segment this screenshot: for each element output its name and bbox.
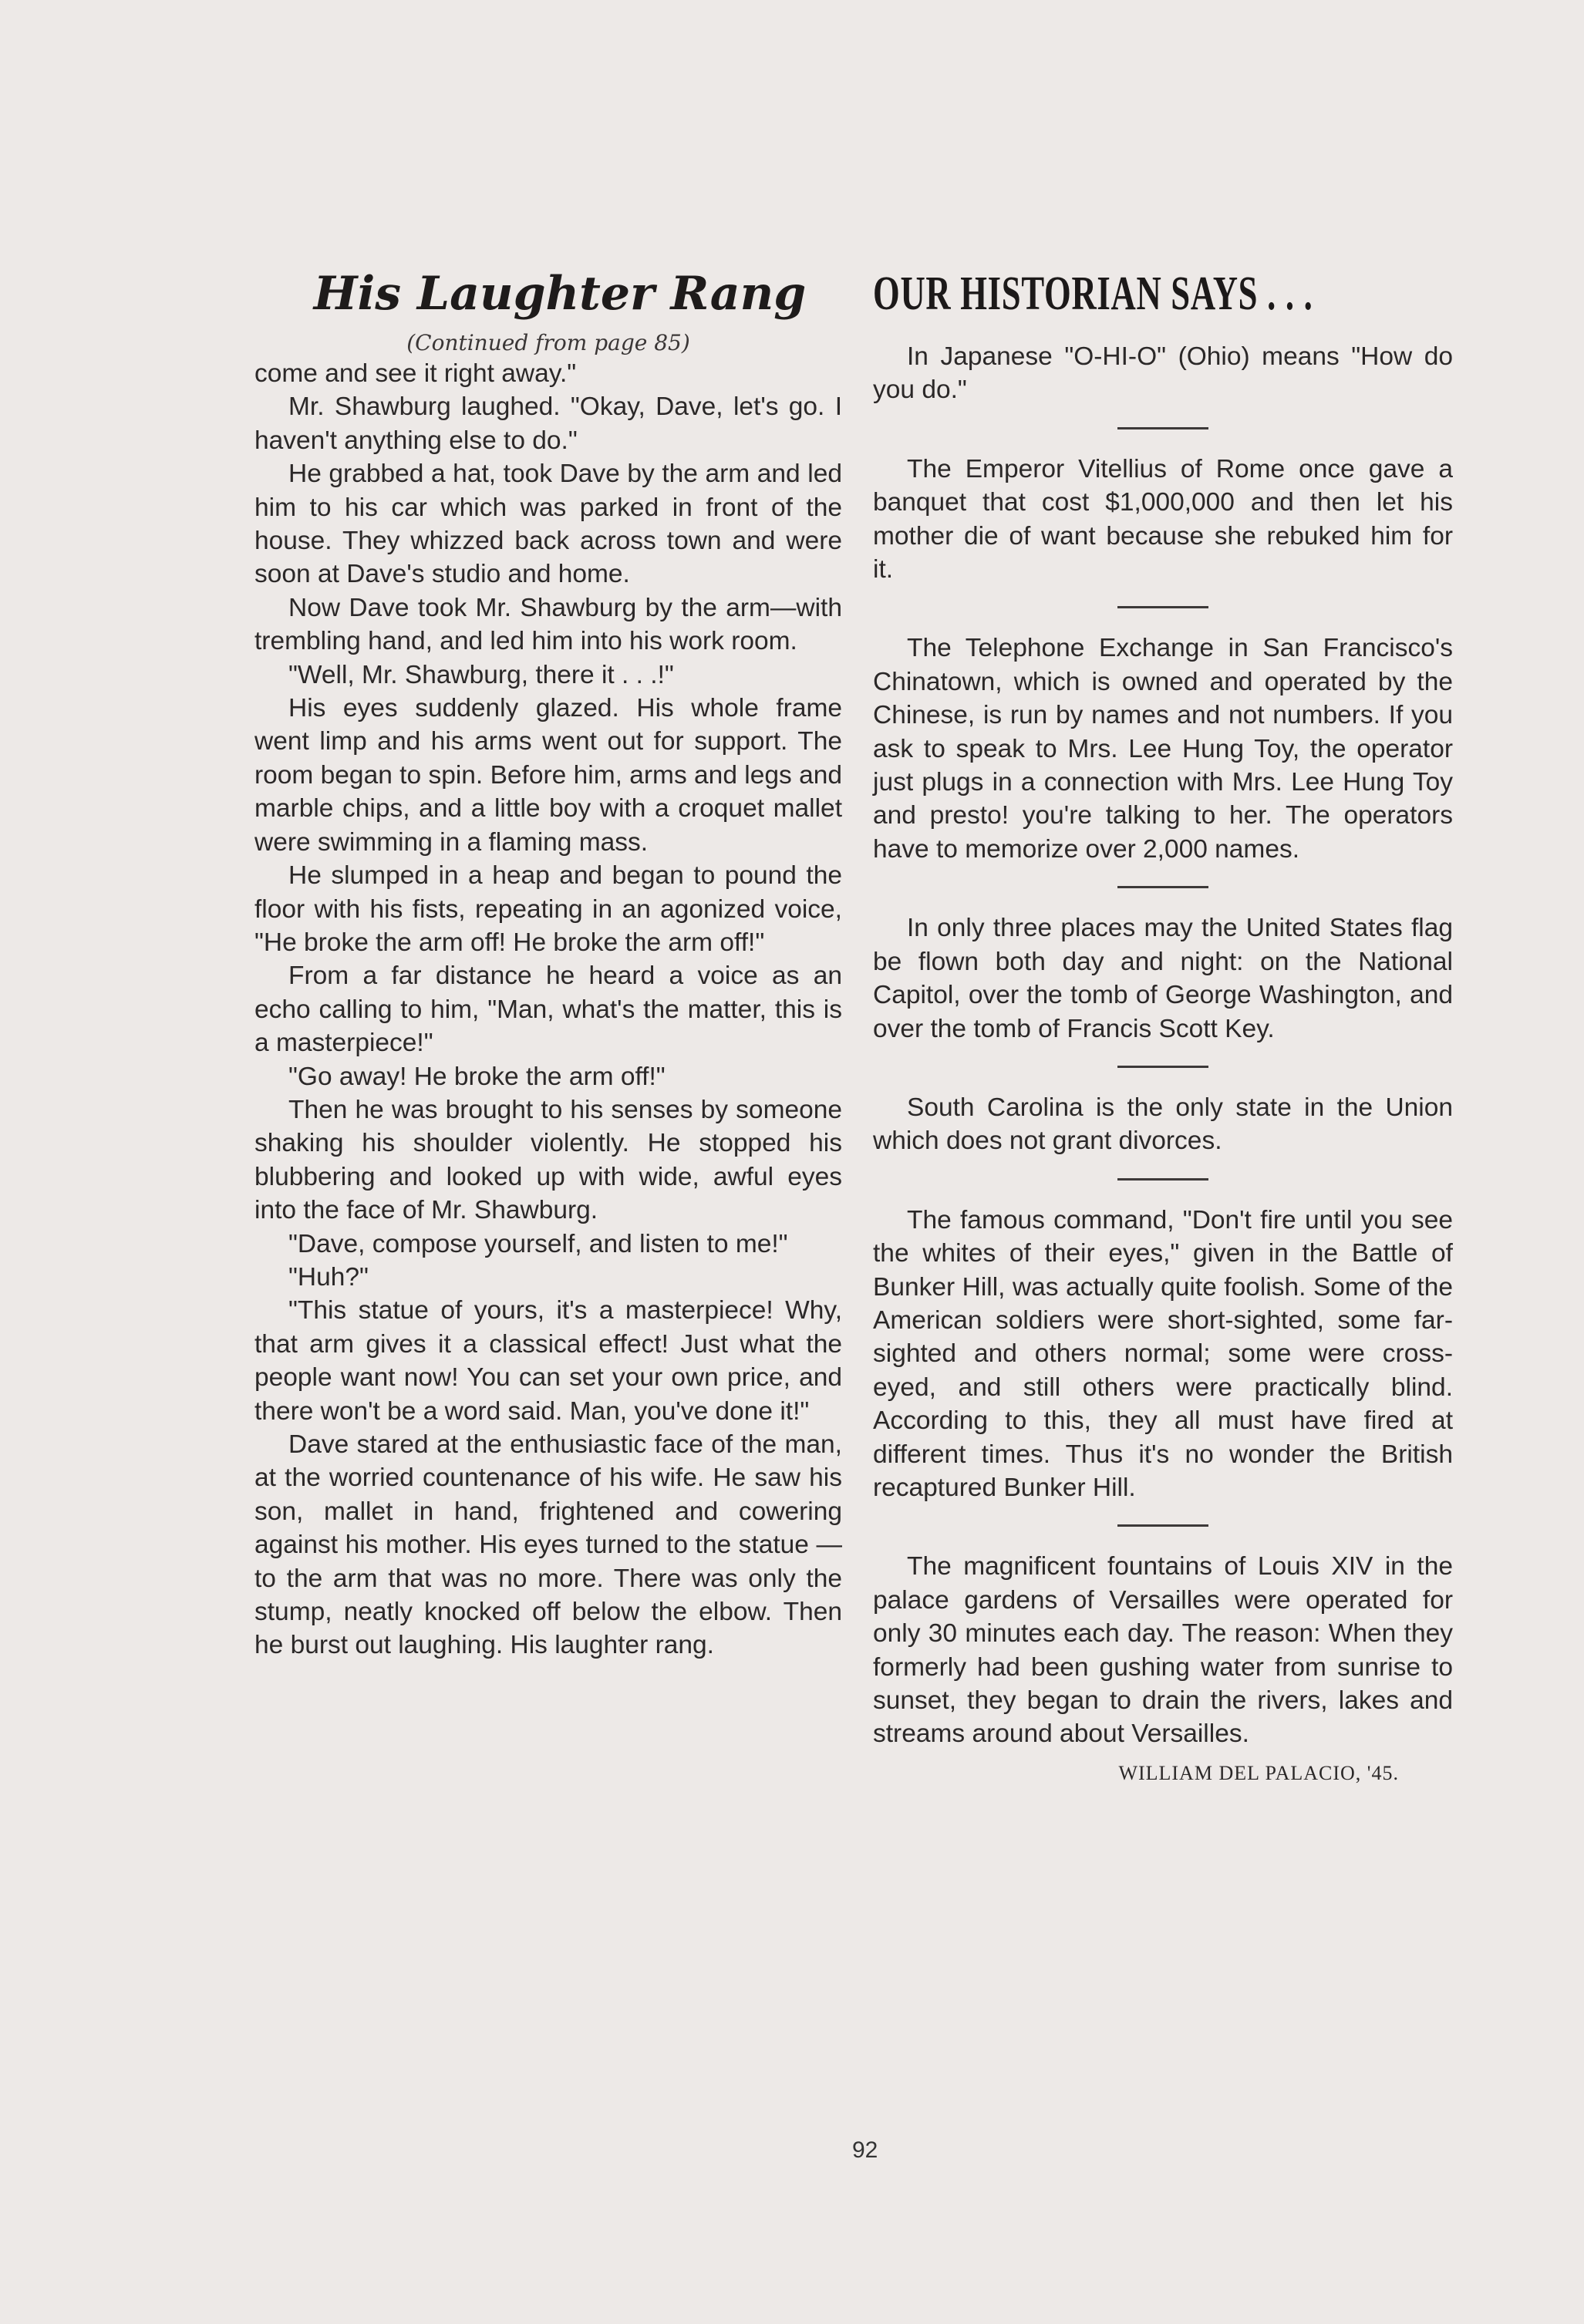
- story-paragraph: Now Dave took Mr. Shawburg by the arm—wi…: [254, 591, 842, 658]
- story-paragraph: "Dave, compose yourself, and listen to m…: [254, 1228, 842, 1261]
- story-paragraph: Dave stared at the enthusiastic face of …: [254, 1428, 842, 1662]
- story-paragraph: He grabbed a hat, took Dave by the arm a…: [254, 457, 842, 591]
- author-byline: WILLIAM DEL PALACIO, '45.: [873, 1762, 1399, 1785]
- story-paragraph: come and see it right away.": [254, 357, 842, 390]
- fact-item: The Emperor Vitellius of Rome once gave …: [873, 453, 1453, 587]
- separator-rule: [1117, 427, 1208, 429]
- story-column: His Laughter Rang (Continued from page 8…: [254, 266, 842, 1662]
- continued-note: (Continued from page 85): [254, 329, 842, 357]
- fact-item: In Japanese "O-HI-O" (Ohio) means "How d…: [873, 340, 1453, 407]
- story-paragraph: "Huh?": [254, 1261, 842, 1294]
- magazine-page: His Laughter Rang (Continued from page 8…: [0, 0, 1584, 2324]
- story-paragraph: He slumped in a heap and began to pound …: [254, 859, 842, 959]
- page-number: 92: [852, 2137, 878, 2164]
- separator-rule: [1117, 1066, 1208, 1068]
- story-paragraph: "Go away! He broke the arm off!": [254, 1060, 842, 1093]
- story-paragraph: "Well, Mr. Shawburg, there it . . .!": [254, 658, 842, 692]
- fact-item: The Telephone Exchange in San Francisco'…: [873, 632, 1453, 866]
- fact-item: South Carolina is the only state in the …: [873, 1091, 1453, 1158]
- separator-rule: [1117, 1524, 1208, 1527]
- separator-rule: [1117, 606, 1208, 608]
- separator-rule: [1117, 886, 1208, 888]
- historian-column: OUR HISTORIAN SAYS . . . In Japanese "O-…: [873, 266, 1453, 1785]
- historian-title: OUR HISTORIAN SAYS . . .: [873, 266, 1290, 322]
- fact-item: In only three places may the United Stat…: [873, 911, 1453, 1046]
- fact-item: The magnificent fountains of Louis XIV i…: [873, 1550, 1453, 1750]
- story-paragraph: "This statue of yours, it's a masterpiec…: [254, 1294, 842, 1428]
- story-paragraph: His eyes suddenly glazed. His whole fram…: [254, 692, 842, 859]
- historian-facts: In Japanese "O-HI-O" (Ohio) means "How d…: [873, 340, 1453, 1785]
- story-paragraph: From a far distance he heard a voice as …: [254, 959, 842, 1059]
- fact-item: The famous command, "Don't fire until yo…: [873, 1204, 1453, 1505]
- story-paragraph: Mr. Shawburg laughed. "Okay, Dave, let's…: [254, 390, 842, 457]
- separator-rule: [1117, 1178, 1208, 1181]
- story-paragraph: Then he was brought to his senses by som…: [254, 1093, 842, 1228]
- story-body: come and see it right away." Mr. Shawbur…: [254, 357, 842, 1662]
- story-title: His Laughter Rang: [254, 266, 842, 322]
